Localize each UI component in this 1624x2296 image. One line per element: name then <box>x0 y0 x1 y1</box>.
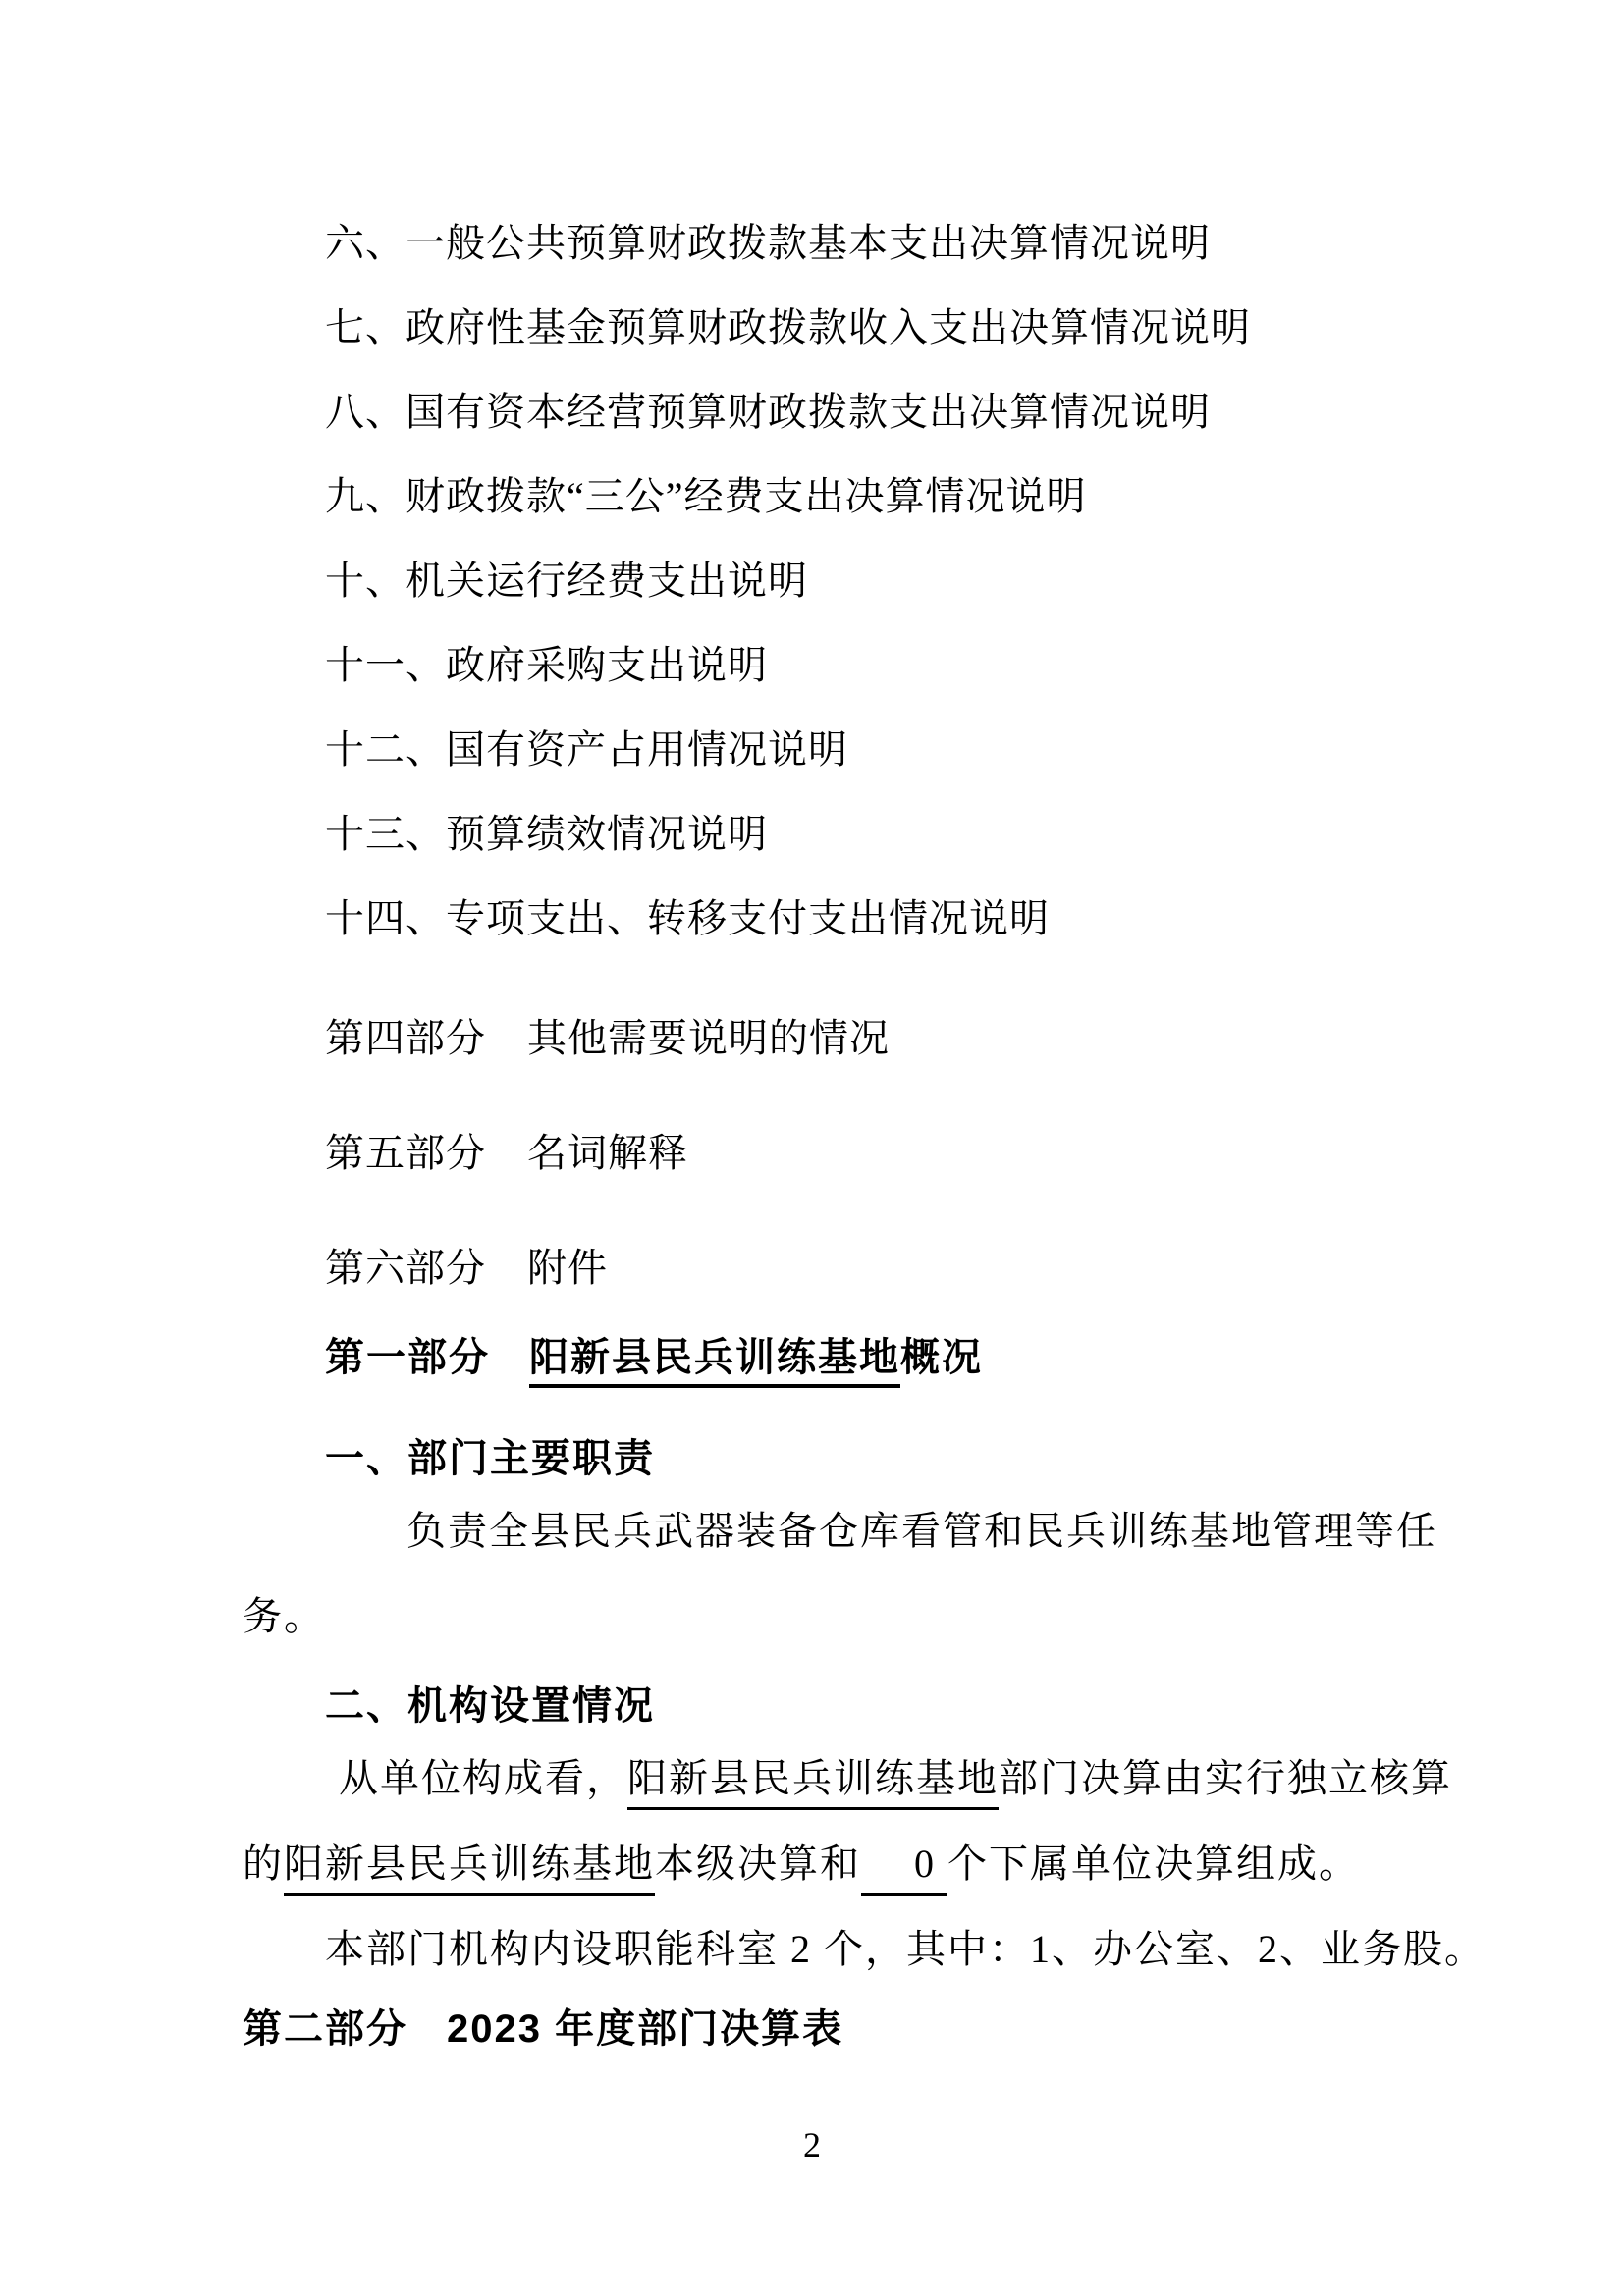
section-two-heading: 第二部分2023 年度部门决算表 <box>243 2000 1477 2058</box>
paragraph-line: 负责全县民兵武器装备仓库看管和民兵训练基地管理等任 <box>243 1488 1477 1574</box>
paragraph-duties: 负责全县民兵武器装备仓库看管和民兵训练基地管理等任 务。 <box>243 1488 1477 1659</box>
paragraph-line: 务。 <box>243 1574 1477 1659</box>
section-heading-label: 第二部分 <box>243 2007 407 2051</box>
toc-item: 十四、专项支出、转移支付支出情况说明 <box>243 877 1477 961</box>
page-number-footer: 2 <box>0 2122 1624 2167</box>
toc-part-list: 第四部分其他需要说明的情况 第五部分名词解释 第六部分附件 <box>243 981 1477 1325</box>
underlined-text: 0 <box>861 1842 947 1896</box>
paragraph-line: 的阳新县民兵训练基地本级决算和 0 个下属单位决算组成。 <box>243 1821 1477 1906</box>
toc-item: 十三、预算绩效情况说明 <box>243 792 1477 877</box>
toc-item: 六、一般公共预算财政拨款基本支出决算情况说明 <box>243 201 1477 286</box>
text-run: 的 <box>243 1842 284 1886</box>
subsection-heading-structure: 二、机构设置情况 <box>243 1677 1477 1735</box>
toc-item: 十二、国有资产占用情况说明 <box>243 708 1477 792</box>
toc-part: 第五部分名词解释 <box>243 1095 1477 1210</box>
page-content: 六、一般公共预算财政拨款基本支出决算情况说明 七、政府性基金预算财政拨款收入支出… <box>0 0 1624 2058</box>
text-run: 部门决算由实行独立核算 <box>999 1756 1452 1800</box>
toc-item: 九、财政拨款“三公”经费支出决算情况说明 <box>243 454 1477 539</box>
part-title: 附件 <box>527 1246 608 1290</box>
text-run: 个下属单位决算组成。 <box>947 1842 1360 1886</box>
section-heading-title-underlined: 阳新县民兵训练基地 <box>529 1336 900 1388</box>
part-title: 其他需要说明的情况 <box>527 1016 890 1060</box>
paragraph-structure: 从单位构成看，阳新县民兵训练基地部门决算由实行独立核算 的阳新县民兵训练基地本级… <box>243 1735 1477 1906</box>
table-of-contents: 六、一般公共预算财政拨款基本支出决算情况说明 七、政府性基金预算财政拨款收入支出… <box>243 201 1477 1325</box>
text-run: 本级决算和 <box>655 1842 861 1886</box>
section-heading-label: 第一部分 <box>325 1336 490 1379</box>
toc-item: 八、国有资本经营预算财政拨款支出决算情况说明 <box>243 370 1477 454</box>
underlined-text: 阳新县民兵训练基地 <box>284 1842 655 1896</box>
part-label: 第五部分 <box>325 1131 486 1175</box>
part-label: 第四部分 <box>325 1016 486 1060</box>
part-title: 名词解释 <box>527 1131 688 1175</box>
subsection-heading-duties: 一、部门主要职责 <box>243 1429 1477 1488</box>
text-run: 从单位构成看， <box>339 1756 627 1800</box>
paragraph-line: 从单位构成看，阳新县民兵训练基地部门决算由实行独立核算 <box>243 1735 1477 1821</box>
document-page: 六、一般公共预算财政拨款基本支出决算情况说明 七、政府性基金预算财政拨款收入支出… <box>0 0 1624 2296</box>
part-label: 第六部分 <box>325 1246 486 1290</box>
toc-part: 第六部分附件 <box>243 1210 1477 1325</box>
section-heading-title-rest: 概况 <box>900 1336 983 1379</box>
toc-item: 十一、政府采购支出说明 <box>243 623 1477 708</box>
underlined-text: 阳新县民兵训练基地 <box>627 1756 999 1810</box>
toc-item: 七、政府性基金预算财政拨款收入支出决算情况说明 <box>243 286 1477 370</box>
section-heading-title: 2023 年度部门决算表 <box>447 2007 843 2051</box>
paragraph-line: 本部门机构内设职能科室 2 个，其中：1、办公室、2、业务股。 <box>243 1906 1477 1992</box>
toc-part: 第四部分其他需要说明的情况 <box>243 981 1477 1095</box>
section-one-heading: 第一部分阳新县民兵训练基地概况 <box>243 1328 1477 1387</box>
toc-item: 十、机关运行经费支出说明 <box>243 539 1477 623</box>
paragraph-offices: 本部门机构内设职能科室 2 个，其中：1、办公室、2、业务股。 <box>243 1906 1477 1992</box>
